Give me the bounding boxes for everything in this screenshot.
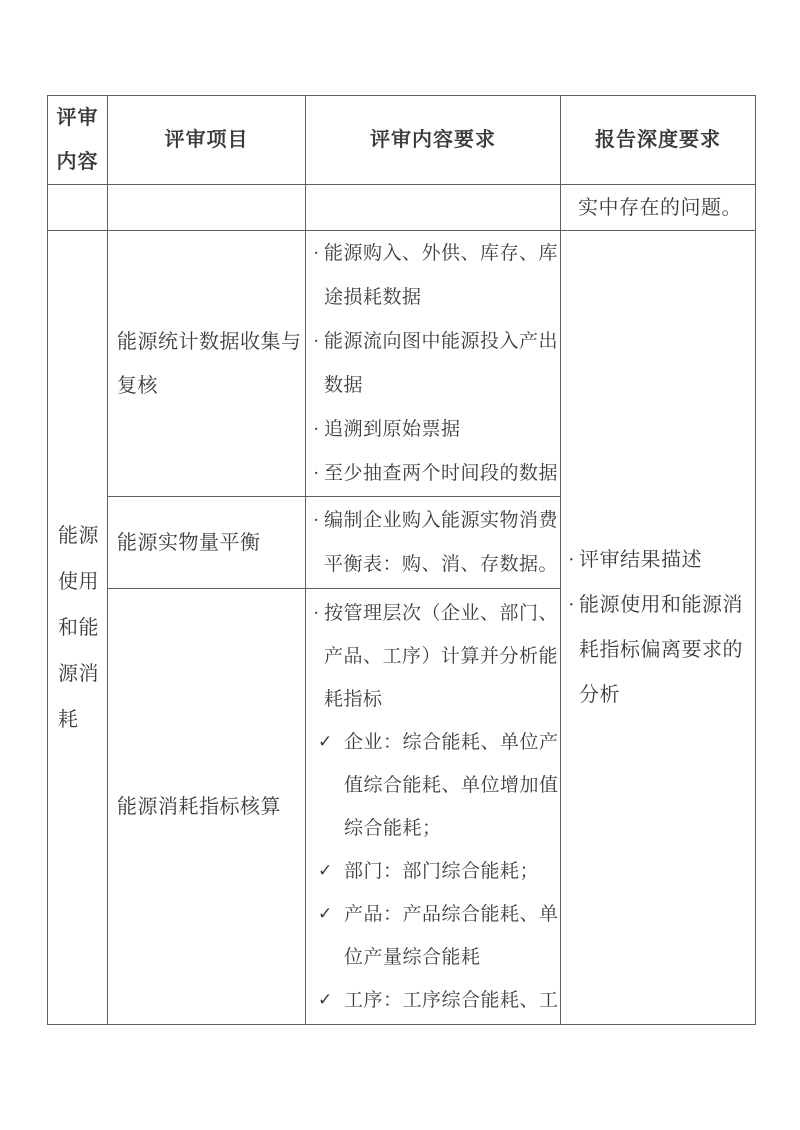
checkmark-icon: ✓ [318, 893, 333, 936]
document-page: 评审 内容 评审项目 评审内容要求 报告深度要求 实中存在的问题。 能源 使用 … [0, 0, 800, 1130]
review-requirements-table: 评审 内容 评审项目 评审内容要求 报告深度要求 实中存在的问题。 能源 使用 … [47, 95, 756, 1025]
header-report-depth-requirement: 报告深度要求 [561, 96, 756, 185]
report-depth-cell: · 评审结果描述 · 能源使用和能源消 耗指标偏离要求的 分析 [561, 231, 756, 1025]
header-review-item: 评审项目 [108, 96, 306, 185]
requirement-text: 能源购入、外供、库存、库 途损耗数据 [324, 243, 558, 308]
requirement-text: 编制企业购入能源实物消费 平衡表：购、消、存数据。 [324, 510, 558, 575]
item-cell-physical-balance: 能源实物量平衡 [108, 497, 306, 589]
requirement-item: · 至少抽查两个时间段的数据 [306, 452, 560, 496]
empty-cell [306, 185, 561, 231]
requirement-item: ✓ 产品：产品综合能耗、单 位产量综合能耗 [306, 893, 560, 979]
report-depth-text: 能源使用和能源消 耗指标偏离要求的 分析 [579, 594, 743, 706]
requirement-text: 至少抽查两个时间段的数据 [324, 463, 558, 484]
requirement-text: 部门：部门综合能耗； [344, 861, 539, 882]
body-row-statistics: 能源 使用 和能 源消 耗 能源统计数据收集与 复核 · 能源购入、外供、库存、… [48, 231, 756, 497]
requirement-text: 追溯到原始票据 [324, 419, 461, 440]
bullet-icon: · [313, 232, 320, 276]
report-depth-carryover-text: 实中存在的问题。 [561, 185, 756, 231]
table-header-row: 评审 内容 评审项目 评审内容要求 报告深度要求 [48, 96, 756, 185]
requirement-item: · 按管理层次（企业、部门、 产品、工序）计算并分析能 耗指标 [306, 592, 560, 721]
report-depth-item: · 能源使用和能源消 耗指标偏离要求的 分析 [561, 583, 755, 718]
checkmark-icon: ✓ [318, 850, 333, 893]
header-review-content: 评审 内容 [48, 96, 108, 185]
requirement-item: ✓ 部门：部门综合能耗； [306, 850, 560, 893]
bullet-icon: · [313, 320, 320, 364]
empty-cell [48, 185, 108, 231]
empty-cell [108, 185, 306, 231]
bullet-icon: · [313, 592, 320, 635]
bullet-icon: · [568, 583, 575, 628]
requirement-text: 工序：工序综合能耗、工 [344, 990, 559, 1011]
requirement-item: · 编制企业购入能源实物消费 平衡表：购、消、存数据。 [306, 499, 560, 587]
requirements-cell-physical-balance: · 编制企业购入能源实物消费 平衡表：购、消、存数据。 [306, 497, 561, 589]
requirement-item: · 能源购入、外供、库存、库 途损耗数据 [306, 232, 560, 320]
header-review-content-requirement: 评审内容要求 [306, 96, 561, 185]
requirements-cell-consumption-indicators: · 按管理层次（企业、部门、 产品、工序）计算并分析能 耗指标 ✓ 企业：综合能… [306, 589, 561, 1025]
requirement-text: 产品：产品综合能耗、单 位产量综合能耗 [344, 904, 559, 968]
requirement-item: ✓ 工序：工序综合能耗、工 [306, 979, 560, 1022]
requirement-text: 能源流向图中能源投入产出 数据 [324, 331, 558, 396]
bullet-icon: · [313, 499, 320, 543]
checkmark-icon: ✓ [318, 979, 333, 1022]
report-depth-text: 评审结果描述 [579, 549, 702, 571]
report-depth-item: · 评审结果描述 [561, 538, 755, 583]
bullet-icon: · [313, 452, 320, 496]
requirement-text: 企业：综合能耗、单位产 值综合能耗、单位增加值 综合能耗； [344, 732, 559, 839]
requirement-text: 按管理层次（企业、部门、 产品、工序）计算并分析能 耗指标 [324, 603, 558, 710]
requirement-item: · 能源流向图中能源投入产出 数据 [306, 320, 560, 408]
requirement-item: ✓ 企业：综合能耗、单位产 值综合能耗、单位增加值 综合能耗； [306, 721, 560, 850]
requirement-item: · 追溯到原始票据 [306, 408, 560, 452]
carryover-row: 实中存在的问题。 [48, 185, 756, 231]
category-cell: 能源 使用 和能 源消 耗 [48, 231, 108, 1025]
item-cell-consumption-indicators: 能源消耗指标核算 [108, 589, 306, 1025]
requirements-cell-statistics: · 能源购入、外供、库存、库 途损耗数据 · 能源流向图中能源投入产出 数据 ·… [306, 231, 561, 497]
bullet-icon: · [568, 538, 575, 583]
checkmark-icon: ✓ [318, 721, 333, 764]
item-cell-statistics: 能源统计数据收集与 复核 [108, 231, 306, 497]
bullet-icon: · [313, 408, 320, 452]
